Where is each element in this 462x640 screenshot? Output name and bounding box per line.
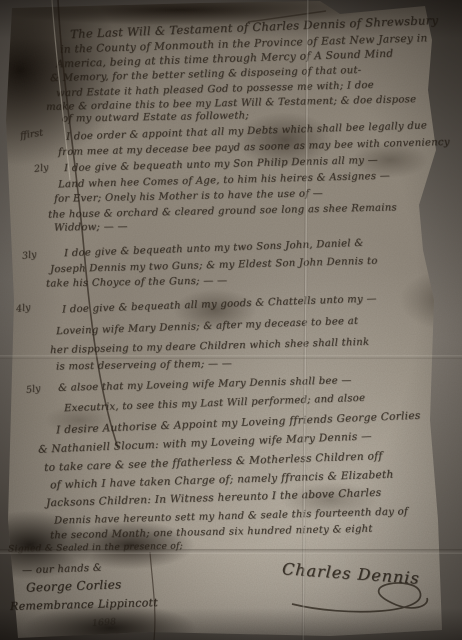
horizontal-fold-line	[0, 355, 462, 359]
manuscript-line: the house & orchard & cleared ground soe…	[48, 202, 397, 220]
manuscript-line: Loveing wife Mary Dennis; & after my dec…	[56, 316, 359, 338]
manuscript-line: & alsoe that my Loveing wife Mary Dennis…	[58, 375, 352, 394]
manuscript-line: of my outward Estate as followeth;	[62, 110, 249, 124]
horizontal-fold-line	[0, 549, 462, 554]
item-marker-5: 5ly	[25, 383, 41, 396]
item-marker-2: 2ly	[33, 162, 49, 175]
manuscript-line: I doe give & bequeath all my goods & Cha…	[62, 294, 377, 316]
manuscript-line: is most deserveing of them; — —	[56, 358, 232, 372]
manuscript-line: Joseph Dennis my two Guns; & my Eldest S…	[50, 256, 378, 276]
manuscript-line: her disposeing to my deare Children whic…	[50, 337, 369, 356]
manuscript-line: for Ever; Onely his Mother is to have th…	[54, 188, 323, 205]
witness-signature: George Corlies	[26, 577, 122, 594]
manuscript-line: I doe give & bequeath unto my two Sons J…	[64, 238, 364, 259]
photograph-of-manuscript: The Last Will & Testament of Charles Den…	[0, 0, 462, 640]
year-mark: 1698	[92, 617, 117, 629]
item-marker-4: 4ly	[15, 302, 31, 315]
witness-signature: Remembrance Lippincott	[10, 596, 158, 613]
manuscript-line: Widdow; — —	[54, 221, 128, 233]
item-marker-first: ffirst	[19, 127, 43, 141]
manuscript-line: take his Choyce of the Guns; — —	[46, 275, 227, 289]
witness-intro-line: — our hands &	[22, 563, 102, 577]
handwriting-layer: The Last Will & Testament of Charles Den…	[0, 0, 462, 640]
manuscript-line: Executrix, to see this my Last Will perf…	[64, 393, 366, 415]
item-marker-3: 3ly	[21, 249, 37, 262]
manuscript-line: Land when hee Comes of Age, to him his h…	[58, 171, 390, 191]
manuscript-line: the second Month; one thousand six hundr…	[50, 524, 373, 542]
manuscript-line: Jacksons Children: In Witness hereunto I…	[46, 487, 382, 510]
